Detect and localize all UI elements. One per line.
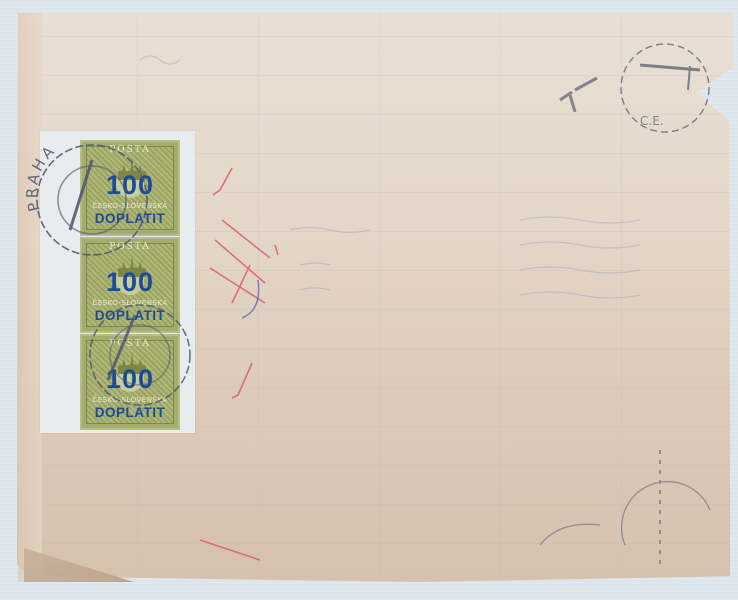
stamp-1: POSTA 100 ČESKO-SLOVENSKÁ DOPLATIT — [80, 140, 180, 236]
paper-edge-strip — [18, 13, 42, 582]
stamp-value: 100 — [82, 267, 178, 298]
stamp-overprint: DOPLATIT — [82, 308, 178, 323]
stamp-overprint: DOPLATIT — [82, 405, 178, 420]
stamp-value: 100 — [82, 170, 178, 201]
stamp-value: 100 — [82, 364, 178, 395]
stamp-country: ČESKO-SLOVENSKÁ — [82, 299, 178, 307]
stamp-header: POSTA — [82, 339, 178, 349]
stamp-header: POSTA — [82, 242, 178, 252]
stamp-overprint: DOPLATIT — [82, 211, 178, 226]
stamp-country: ČESKO-SLOVENSKÁ — [82, 202, 178, 210]
stamp-header: POSTA — [82, 145, 178, 155]
stamp-2: POSTA 100 ČESKO-SLOVENSKÁ DOPLATIT — [80, 237, 180, 333]
stamp-3: POSTA 100 ČESKO-SLOVENSKÁ DOPLATIT — [80, 334, 180, 430]
stamp-country: ČESKO-SLOVENSKÁ — [82, 396, 178, 404]
